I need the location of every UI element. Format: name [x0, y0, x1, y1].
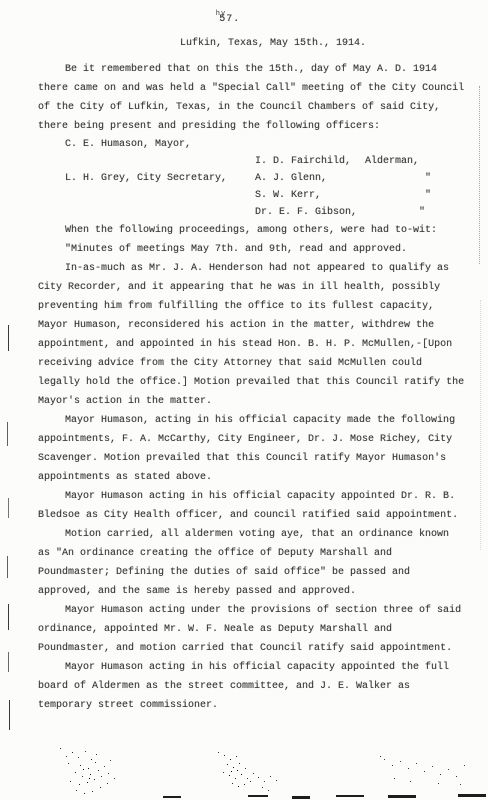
paragraph: Mayor Humason, acting in his official ca… [38, 411, 466, 487]
officer-right-name [255, 136, 365, 153]
scan-streak [458, 794, 486, 797]
officer-right-title: " [365, 187, 431, 204]
officer-row: I. D. Fairchild, Alderman, [38, 153, 466, 170]
officer-right-name: S. W. Kerr, [255, 187, 365, 204]
margin-mark [7, 422, 8, 446]
ink-smudge [218, 752, 219, 753]
ink-smudge [60, 748, 61, 749]
officer-right-title: " [365, 204, 425, 221]
officer-row: Dr. E. F. Gibson, " [38, 204, 466, 221]
paragraph: Motion carried, all aldermen voting aye,… [38, 525, 466, 601]
edge-dot-column [479, 86, 480, 264]
officer-right-name: I. D. Fairchild, [255, 153, 365, 170]
paragraph: When the following proceedings, among ot… [38, 221, 466, 240]
body-text: Be it remembered that on this the 15th.,… [38, 60, 466, 715]
dateline: Lufkin, Texas, May 15th., 1914. [180, 38, 366, 49]
scan-streak [292, 796, 310, 799]
officer-left [38, 187, 255, 204]
officer-left [38, 153, 255, 170]
officer-left: L. H. Grey, City Secretary, [38, 170, 255, 187]
ink-smudge [380, 756, 381, 757]
paragraph: Mayor Humason acting under the provision… [38, 601, 466, 658]
officer-left [38, 204, 255, 221]
margin-mark [8, 652, 9, 672]
officer-right-title: Alderman, [365, 153, 419, 170]
margin-mark [9, 700, 10, 730]
officer-right-name: A. J. Glenn, [255, 170, 365, 187]
paragraph: In-as-much as Mr. J. A. Henderson had no… [38, 259, 466, 411]
intro-paragraph: Be it remembered that on this the 15th.,… [38, 60, 466, 136]
scan-streak [163, 796, 181, 798]
margin-mark [7, 556, 8, 578]
document-sheet: hy57. Lufkin, Texas, May 15th., 1914. Be… [0, 0, 488, 800]
margin-mark [8, 604, 9, 630]
paragraph: Mayor Humason acting in his official cap… [38, 487, 466, 525]
officer-row: S. W. Kerr, " [38, 187, 466, 204]
paragraph: "Minutes of meetings May 7th. and 9th, r… [38, 240, 466, 259]
page-number-overtype: hy [216, 10, 226, 18]
scan-streak [388, 795, 416, 798]
officer-row: C. E. Humason, Mayor, [38, 136, 466, 153]
edge-dot-column [480, 300, 481, 550]
scanned-minutes-page: { "colors": { "ink": "#3a3a3a", "paper":… [0, 0, 488, 800]
margin-mark [8, 325, 9, 351]
scan-streak [248, 795, 268, 797]
officer-row: L. H. Grey, City Secretary, A. J. Glenn,… [38, 170, 466, 187]
officers-roster: C. E. Humason, Mayor, I. D. Fairchild, A… [38, 136, 466, 221]
officer-left: C. E. Humason, Mayor, [38, 136, 255, 153]
officer-right-name: Dr. E. F. Gibson, [255, 204, 365, 221]
paragraph: Mayor Humason acting in his official cap… [38, 658, 466, 715]
page-number: hy57. [0, 10, 456, 25]
margin-mark [8, 498, 9, 518]
scan-streak [336, 795, 364, 797]
officer-right-title: " [365, 170, 431, 187]
